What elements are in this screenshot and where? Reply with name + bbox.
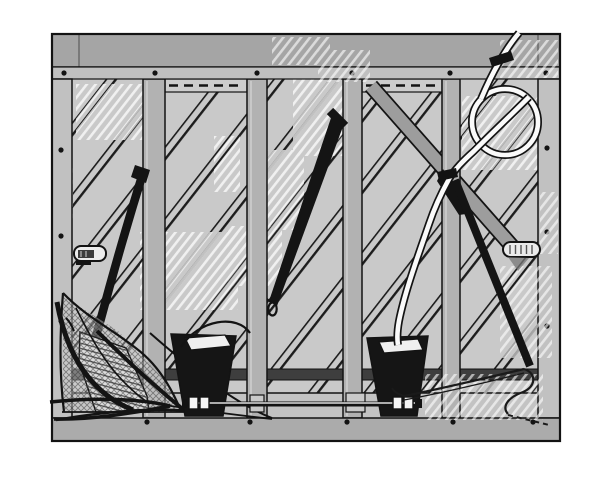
illustration-canvas xyxy=(0,0,610,480)
rivet xyxy=(152,70,157,75)
hatch-patch xyxy=(214,136,240,192)
rivet xyxy=(247,419,252,424)
bottom-rail xyxy=(52,418,560,441)
stud-4 xyxy=(442,79,460,418)
hatch-patch xyxy=(425,374,543,420)
hatch-patch xyxy=(272,37,330,65)
rivet xyxy=(58,147,63,152)
rod-clip xyxy=(189,397,198,409)
rivet xyxy=(344,419,349,424)
rivet xyxy=(447,70,452,75)
rivet xyxy=(544,145,549,150)
rivet xyxy=(254,70,259,75)
rivet xyxy=(58,233,63,238)
hatch-patch xyxy=(540,192,558,254)
stud-2 xyxy=(247,79,267,418)
rod-clip xyxy=(393,397,402,409)
rod-clip xyxy=(200,397,209,409)
rivet xyxy=(61,70,66,75)
rivet xyxy=(450,419,455,424)
hatch-patch xyxy=(76,84,144,140)
tool-rack-illustration xyxy=(0,0,610,480)
top-plate xyxy=(52,67,560,79)
stud-3 xyxy=(343,79,362,418)
left-latch-foot xyxy=(76,260,91,265)
rivet xyxy=(144,419,149,424)
